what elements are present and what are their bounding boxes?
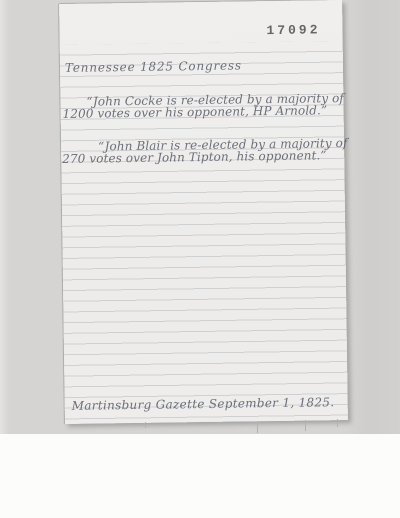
accession-stamp-number: 17092 [266,22,320,38]
scanner-bed-strip [0,434,400,518]
index-card: 17092 Tennessee 1825 Congress “John Cock… [59,0,348,424]
scanned-document: 17092 Tennessee 1825 Congress “John Cock… [0,0,400,518]
scan-artifact-line [305,420,306,431]
card-heading: Tennessee 1825 Congress [65,59,242,74]
scan-artifact-line [145,422,146,428]
scan-right-shading [345,0,400,434]
scan-artifact-line [337,419,338,427]
scan-left-edge-strip [0,0,9,434]
scan-artifact-line [257,421,258,433]
